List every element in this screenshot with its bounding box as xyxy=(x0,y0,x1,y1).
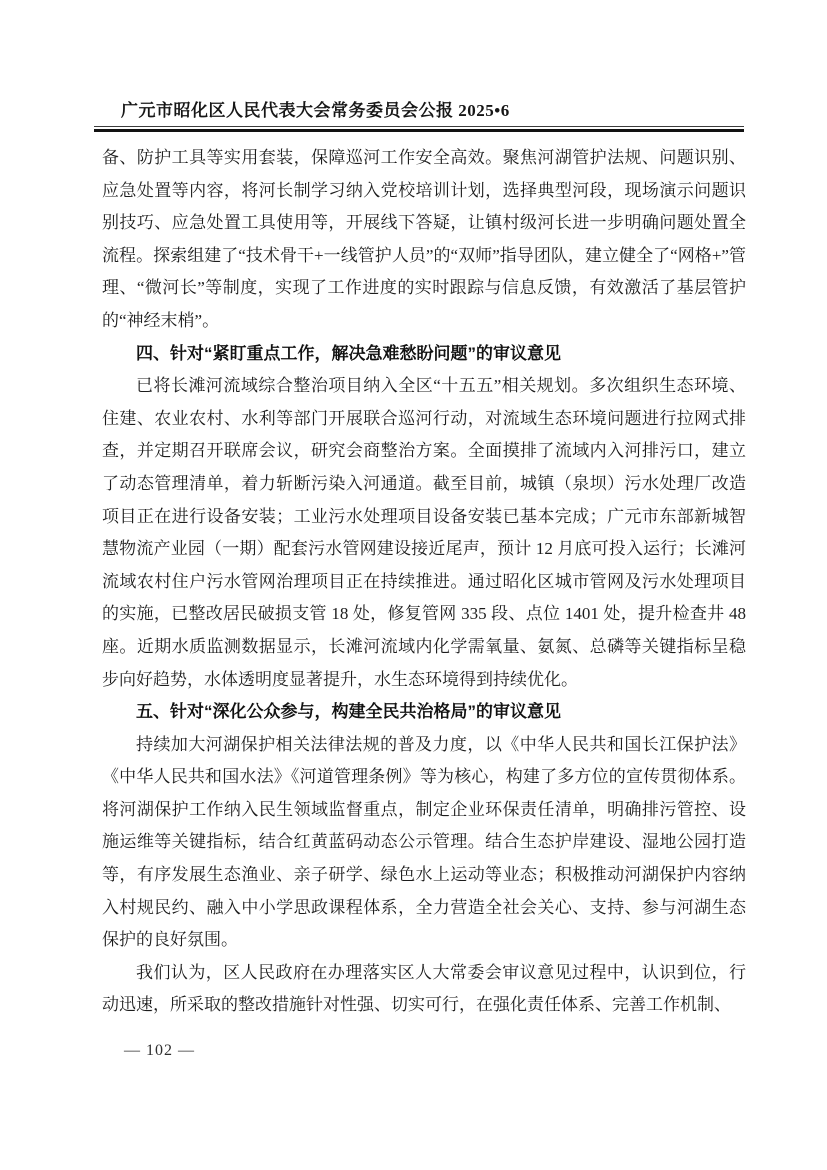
bulletin-header-title: 广元市昭化区人民代表大会常务委员会公报 2025•6 xyxy=(121,96,510,121)
section-heading-4: 四、针对“紧盯重点工作，解决急难愁盼问题”的审议意见 xyxy=(102,338,746,371)
paragraph-truncated: 我们认为，区人民政府在办理落实区人大常委会审议意见过程中，认识到位，行动迅速，所… xyxy=(102,957,746,1022)
document-body: 备、防护工具等实用套装，保障巡河工作安全高效。聚焦河湖管护法规、问题识别、应急处… xyxy=(102,142,746,1022)
header-double-rule xyxy=(94,126,744,132)
page-number: — 102 — xyxy=(124,1042,195,1059)
page-footer: — 102 — xyxy=(124,1042,195,1060)
document-page: 广元市昭化区人民代表大会常务委员会公报 2025•6 备、防护工具等实用套装，保… xyxy=(0,0,827,1170)
section-heading-5: 五、针对“深化公众参与，构建全民共治格局”的审议意见 xyxy=(102,696,746,729)
paragraph: 已将长滩河流域综合整治项目纳入全区“十五五”相关规划。多次组织生态环境、住建、农… xyxy=(102,370,746,696)
paragraph: 持续加大河湖保护相关法律法规的普及力度，以《中华人民共和国长江保护法》《中华人民… xyxy=(102,729,746,957)
paragraph-continuation: 备、防护工具等实用套装，保障巡河工作安全高效。聚焦河湖管护法规、问题识别、应急处… xyxy=(102,142,746,338)
